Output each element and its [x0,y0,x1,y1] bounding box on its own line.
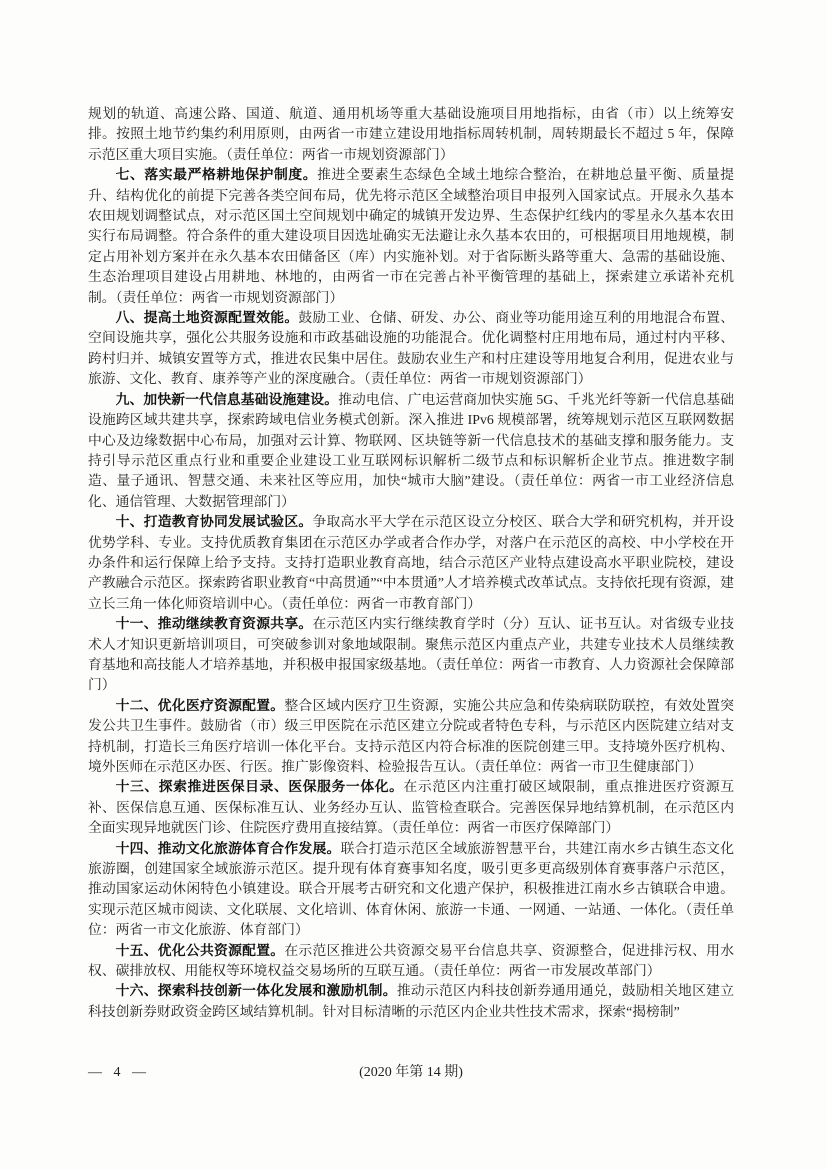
section-13-heading: 十三、探索推进医保目录、医保服务一体化。 [116,779,404,794]
issue-label: (2020 年第 14 期) [88,1062,734,1084]
section-14-heading: 十四、推动文化旅游体育合作发展。 [116,841,341,856]
section-8: 八、提高土地资源配置效能。鼓励工业、仓储、研发、办公、商业等功能用途互利的用地混… [88,308,734,390]
section-15: 十五、优化公共资源配置。在示范区推进公共资源交易平台信息共享、资源整合，促进排污… [88,941,734,982]
section-12: 十二、优化医疗资源配置。整合区域内医疗卫生资源，实施公共应急和传染病联防联控，有… [88,696,734,778]
section-7-body: 推进全要素生态绿色全域土地综合整治，在耕地总量平衡、质量提升、结构优化的前提下完… [88,167,734,304]
document-body: 规划的轨道、高速公路、国道、航道、通用机场等重大基础设施项目用地指标，由省（市）… [88,104,734,1022]
section-10: 十、打造教育协同发展试验区。争取高水平大学在示范区设立分校区、联合大学和研究机构… [88,512,734,614]
section-12-heading: 十二、优化医疗资源配置。 [116,698,285,713]
section-11: 十一、推动继续教育资源共享。在示范区内实行继续教育学时（分）互认、证书互认。对省… [88,614,734,696]
paragraph-text: 规划的轨道、高速公路、国道、航道、通用机场等重大基础设施项目用地指标，由省（市）… [88,106,734,162]
section-11-heading: 十一、推动继续教育资源共享。 [116,616,313,631]
section-7: 七、落实最严格耕地保护制度。推进全要素生态绿色全域土地综合整治，在耕地总量平衡、… [88,165,734,308]
section-9-heading: 九、加快新一代信息基础设施建设。 [116,392,339,407]
section-16: 十六、探索科技创新一体化发展和激励机制。推动示范区内科技创新券通用通兑，鼓励相关… [88,981,734,1022]
page-footer: — 4 — (2020 年第 14 期) [88,1062,734,1084]
section-8-heading: 八、提高土地资源配置效能。 [116,310,299,325]
section-10-heading: 十、打造教育协同发展试验区。 [116,514,313,529]
section-16-heading: 十六、探索科技创新一体化发展和激励机制。 [116,983,397,998]
section-9-body: 推动电信、广电运营商加快实施 5G、千兆光纤等新一代信息基础设施跨区域共建共享，… [88,392,734,509]
paragraph-continuation: 规划的轨道、高速公路、国道、航道、通用机场等重大基础设施项目用地指标，由省（市）… [88,104,734,165]
section-14: 十四、推动文化旅游体育合作发展。联合打造示范区全域旅游智慧平台，共建江南水乡古镇… [88,839,734,941]
section-13: 十三、探索推进医保目录、医保服务一体化。在示范区内注重打破区域限制，重点推进医疗… [88,777,734,838]
section-7-heading: 七、落实最严格耕地保护制度。 [116,167,318,182]
document-page: 规划的轨道、高速公路、国道、航道、通用机场等重大基础设施项目用地指标，由省（市）… [0,0,827,1170]
section-9: 九、加快新一代信息基础设施建设。推动电信、广电运营商加快实施 5G、千兆光纤等新… [88,390,734,512]
section-15-heading: 十五、优化公共资源配置。 [116,943,285,958]
